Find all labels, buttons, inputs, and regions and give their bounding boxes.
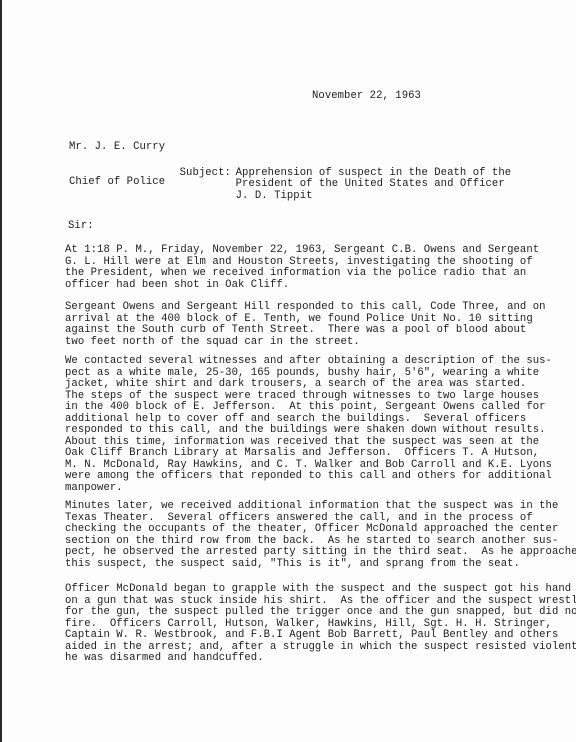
paragraph-line: jacket, white shirt and dark trousers, a… <box>65 379 552 391</box>
paragraph-line: the President, when we received informat… <box>65 268 539 280</box>
paragraph-line: in the 400 block of E. Jefferson. At thi… <box>65 402 552 414</box>
paragraph-line: Captain W. R. Westbrook, and F.B.I Agent… <box>65 630 576 642</box>
paragraph-line: Oak Cliff Branch Library at Marsalis and… <box>65 448 552 460</box>
salutation: Sir: <box>68 221 94 233</box>
subject-line: President of the United States and Offic… <box>236 179 512 191</box>
paragraph: Officer McDonald began to grapple with t… <box>65 584 576 665</box>
paragraph-line: At 1:18 P. M., Friday, November 22, 1963… <box>65 245 539 257</box>
paragraph: At 1:18 P. M., Friday, November 22, 1963… <box>65 245 539 291</box>
subject-label: Subject: <box>180 168 236 180</box>
subject-line: J. D. Tippit <box>236 191 512 203</box>
recipient-title: Chief of Police <box>69 177 165 189</box>
paragraph-line: two feet north of the squad car in the s… <box>65 337 546 349</box>
paragraph-line: for the gun, the suspect pulled the trig… <box>65 607 576 619</box>
recipient-block: Mr. J. E. Curry Chief of Police <box>69 119 165 211</box>
paragraph-line: manpower. <box>65 483 552 495</box>
paragraph: We contacted several witnesses and after… <box>65 356 552 494</box>
paragraph-line: Officer McDonald began to grapple with t… <box>65 584 576 596</box>
subject-block: Subject:Apprehension of suspect in the D… <box>154 156 511 214</box>
paragraph-line: this suspect, the suspect said, "This is… <box>65 559 576 571</box>
paragraph-line: checking the occupants of the theater, O… <box>65 524 576 536</box>
paragraph-line: he was disarmed and handcuffed. <box>65 653 576 665</box>
paragraph-line: pect, he observed the arrested party sit… <box>65 547 576 559</box>
paragraph-line: We contacted several witnesses and after… <box>65 356 552 368</box>
paragraph-line: officer had been shot in Oak Cliff. <box>65 280 539 292</box>
paragraph-line: were among the officers that reponded to… <box>65 471 552 483</box>
paragraph-line: Minutes later, we received additional in… <box>65 501 576 513</box>
paragraph: Sergeant Owens and Sergeant Hill respond… <box>65 302 546 348</box>
letter-date: November 22, 1963 <box>312 91 421 103</box>
recipient-name: Mr. J. E. Curry <box>69 142 165 154</box>
letter-page: November 22, 1963 Mr. J. E. Curry Chief … <box>0 0 576 742</box>
paragraph: Minutes later, we received additional in… <box>65 501 576 570</box>
paragraph-line: responded to this call, and the building… <box>65 425 552 437</box>
paragraph-line: against the South curb of Tenth Street. … <box>65 325 546 337</box>
subject-text: Apprehension of suspect in the Death of … <box>236 168 512 203</box>
paragraph-line: Sergeant Owens and Sergeant Hill respond… <box>65 302 546 314</box>
